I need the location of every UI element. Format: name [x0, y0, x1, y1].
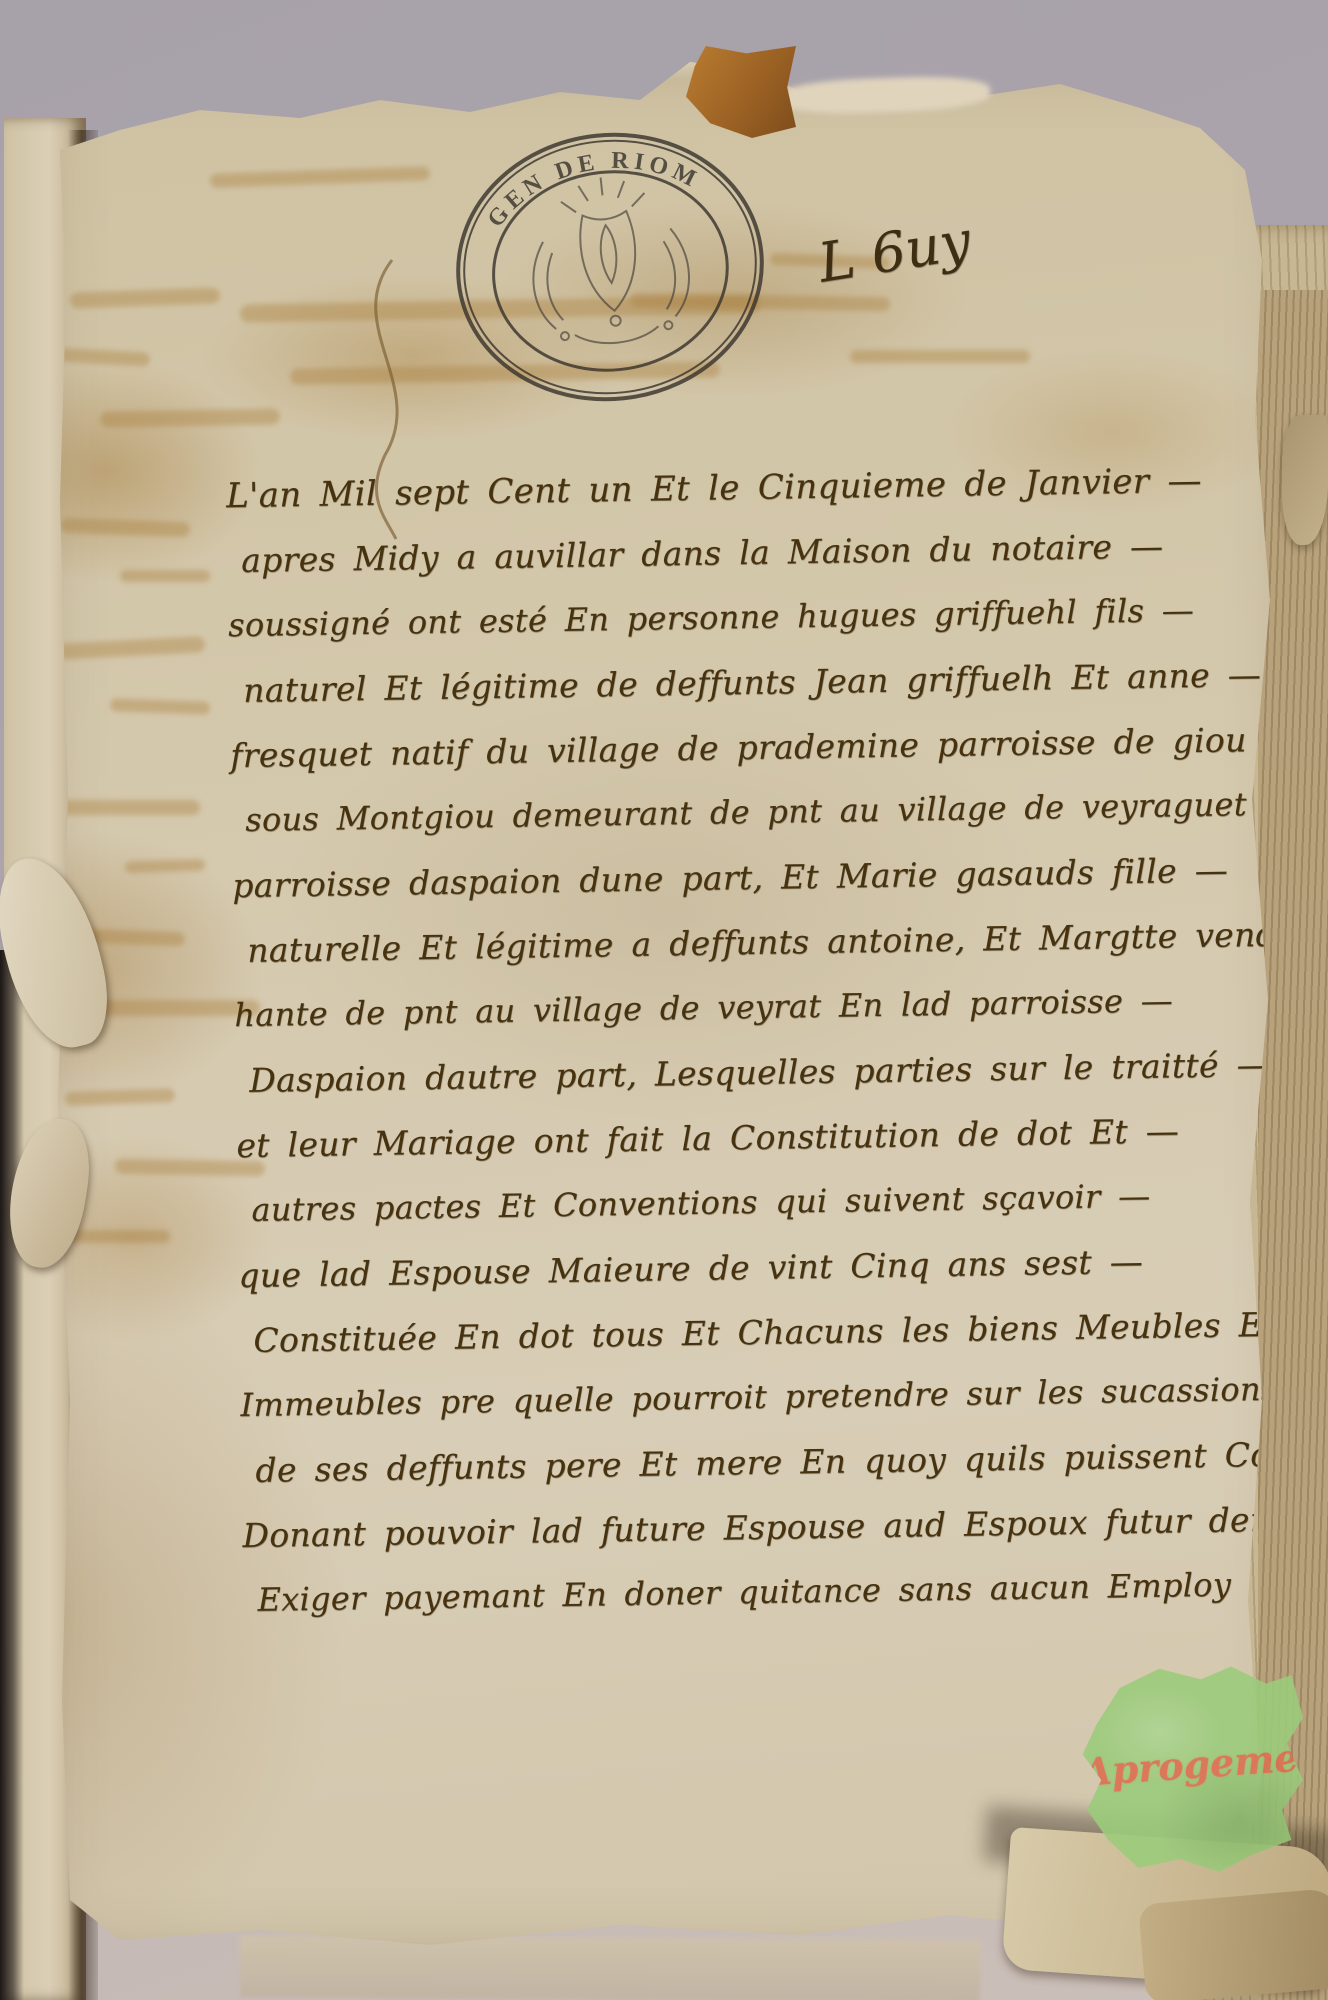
price-annotation: L 6uy [814, 204, 1002, 294]
manuscript-text-block: L'an Mil sept Cent un Et le Cinquieme de… [226, 460, 1274, 1646]
tax-stamp: GEN DE RIOM [450, 125, 770, 410]
watermark-text: Aprogemere [1081, 1734, 1308, 1795]
corner-page-flap [1138, 1887, 1328, 2000]
bottom-page-scrap [240, 1935, 980, 2000]
manuscript-page: GEN DE RIOM L 6uy L'an Mil sept Cent un … [30, 50, 1302, 1965]
manuscript-photo: { "stamp": { "text": "GEN DE RIOM" }, "a… [0, 0, 1328, 2000]
binding-dark-gap [0, 950, 24, 2000]
coat-of-arms-icon [523, 169, 695, 350]
page-edge-curl [1282, 415, 1328, 545]
